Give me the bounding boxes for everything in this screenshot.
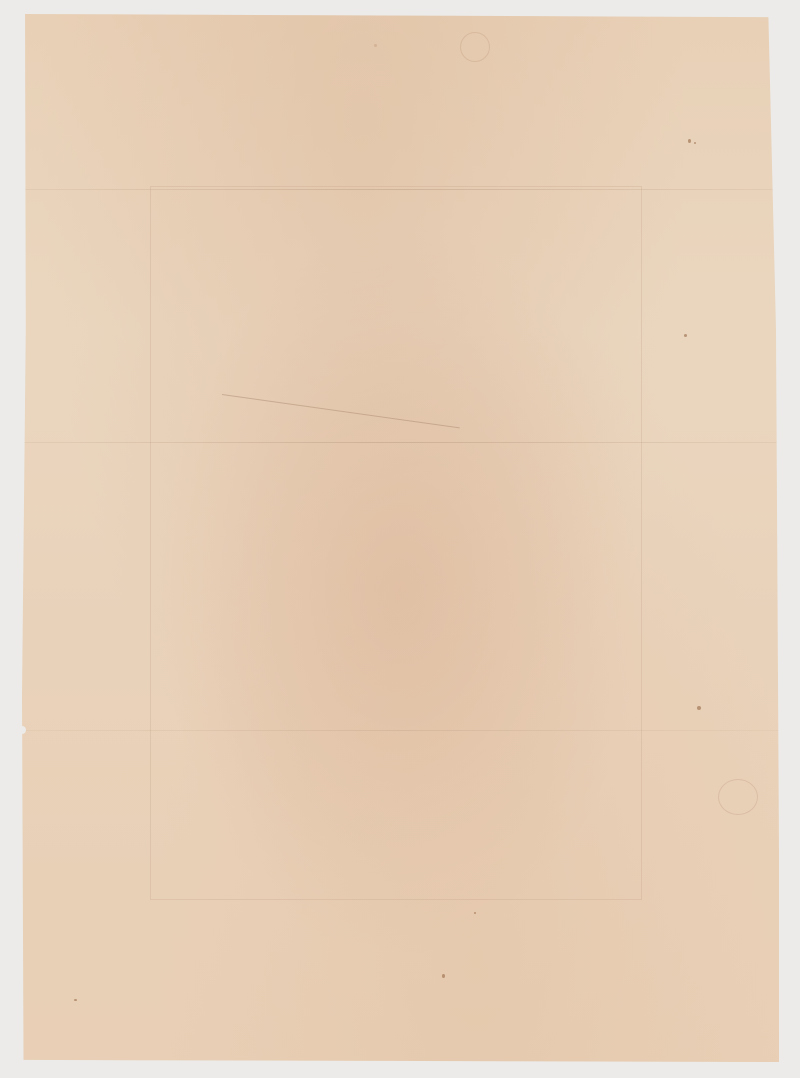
water-stain [460,32,490,62]
water-stain [718,779,758,815]
foxing-spot [688,139,691,143]
plate-mark [150,186,642,900]
foxing-spot [74,999,77,1001]
foxing-spot [697,706,701,710]
foxing-spot [374,44,377,47]
foxing-spot [474,912,476,914]
edge-tear [18,726,26,734]
foxing-spot [684,334,687,337]
paper-sheet [22,14,779,1062]
foxing-spot [442,974,445,978]
foxing-spot [694,142,696,144]
